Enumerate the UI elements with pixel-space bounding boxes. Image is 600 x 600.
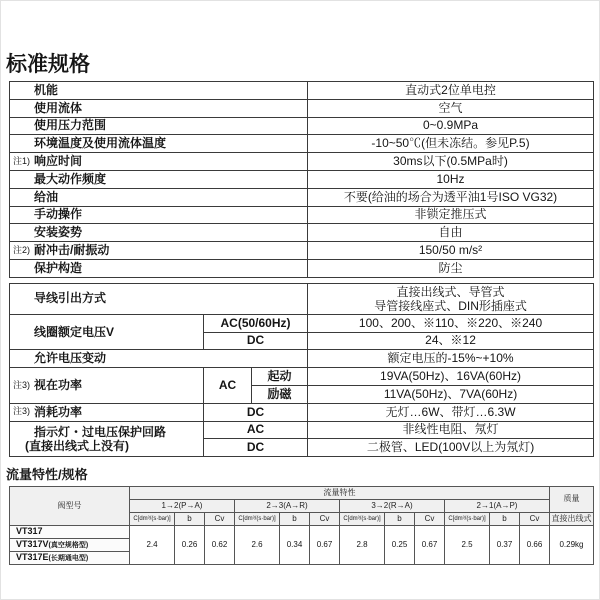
row-label-text: 消耗功率 (34, 405, 82, 419)
metric-header: C[dm³/(s·bar)] (130, 513, 175, 526)
metric-header: C[dm³/(s·bar)] (340, 513, 385, 526)
metric-header: Cv (310, 513, 340, 526)
row-label-text: 允许电压变动 (34, 351, 106, 365)
direction-header: 2→3(A→R) (235, 500, 340, 513)
direction-header: 1→2(P→A) (130, 500, 235, 513)
row-value: 100、200、※110、※220、※240 (308, 314, 594, 332)
row-value: 30ms以下(0.5MPa时) (308, 153, 594, 171)
model-suffix: (长期通电型) (49, 555, 89, 562)
flow-value: 2.4 (130, 526, 175, 565)
table-row: 机能 直动式2位单电控 (10, 82, 594, 100)
metric-header: b (280, 513, 310, 526)
row-value: 10Hz (308, 171, 594, 189)
row-subkey: 起动 (252, 368, 308, 386)
row-label: 手动操作 (10, 206, 308, 224)
row-label-text: 安装姿势 (34, 225, 82, 239)
table-row: 线圈额定电压V AC(50/60Hz) 100、200、※110、※220、※2… (10, 314, 594, 332)
row-value: 150/50 m/s² (308, 242, 594, 260)
row-label-text: 使用压力范围 (34, 118, 106, 132)
electrical-spec-table: 导线引出方式 直接出线式、导管式 导管接线座式、DIN形插座式 线圈额定电压V … (9, 283, 594, 457)
row-value: 直接出线式、导管式 导管接线座式、DIN形插座式 (308, 283, 594, 314)
table-row: 注2)耐冲击/耐振动 150/50 m/s² (10, 242, 594, 260)
flow-value: 0.34 (280, 526, 310, 565)
flow-characteristics-table: 阀型号 流量特性 质量 1→2(P→A) 2→3(A→R) 3→2(R→A) 2… (9, 486, 594, 565)
note-mark: 注3) (13, 407, 34, 417)
table-row: 使用流体 空气 (10, 99, 594, 117)
model-cell: VT317E(长期通电型) (10, 552, 130, 565)
note-mark: 注3) (13, 381, 34, 391)
row-value: -10~50℃(但未冻结。参见P.5) (308, 135, 594, 153)
row-label-text: 最大动作频度 (34, 172, 106, 186)
table-row: 注3)视在功率 AC 起动 19VA(50Hz)、16VA(60Hz) (10, 368, 594, 386)
row-label: 注3)消耗功率 (10, 403, 204, 421)
row-value: 无灯…6W、带灯…6.3W (308, 403, 594, 421)
table-row: 环境温度及使用流体温度 -10~50℃(但未冻结。参见P.5) (10, 135, 594, 153)
row-label: 使用压力范围 (10, 117, 308, 135)
metric-header: b (385, 513, 415, 526)
table-row: 手动操作 非锁定推压式 (10, 206, 594, 224)
table-row: 给油 不要(给油的场合为透平油1号ISO VG32) (10, 188, 594, 206)
page-title: 标准规格 (6, 54, 599, 76)
row-label: 安装姿势 (10, 224, 308, 242)
row-label: 给油 (10, 188, 308, 206)
row-label-text: 指示灯・过电压保护回路 (34, 425, 166, 439)
row-label-text: 机能 (34, 83, 58, 97)
row-value: 19VA(50Hz)、16VA(60Hz) (308, 368, 594, 386)
flow-value: 0.66 (520, 526, 550, 565)
row-key: DC (204, 332, 308, 350)
row-value: 自由 (308, 224, 594, 242)
row-key: AC(50/60Hz) (204, 314, 308, 332)
row-label-text2: (直接出线式上没有) (13, 439, 203, 453)
note-mark: 注1) (13, 157, 34, 167)
row-label: 注1)响应时间 (10, 153, 308, 171)
mass-column-header: 质量 (550, 487, 594, 513)
row-value: 直动式2位单电控 (308, 82, 594, 100)
model-suffix: (真空规格型) (49, 542, 89, 549)
row-label: 最大动作频度 (10, 171, 308, 189)
row-value: 二极管、LED(100V以上为氖灯) (308, 439, 594, 457)
model-name: VT317E (16, 552, 49, 562)
row-value: 空气 (308, 99, 594, 117)
flow-value: 0.67 (415, 526, 445, 565)
row-label: 环境温度及使用流体温度 (10, 135, 308, 153)
flow-value: 0.25 (385, 526, 415, 565)
row-label: 保护构造 (10, 260, 308, 278)
table-row: 安装姿势 自由 (10, 224, 594, 242)
table-row: 允许电压变动 额定电压的-15%~+10% (10, 350, 594, 368)
flow-section-heading: 流量特性/规格 (6, 464, 599, 483)
direction-header: 3→2(R→A) (340, 500, 445, 513)
row-label-text: 视在功率 (34, 378, 82, 392)
row-label: 使用流体 (10, 99, 308, 117)
direction-header: 2→1(A→P) (445, 500, 550, 513)
row-label-text: 环境温度及使用流体温度 (34, 136, 166, 150)
row-label-text: 手动操作 (34, 207, 82, 221)
metric-header: Cv (205, 513, 235, 526)
table-row: 保护构造 防尘 (10, 260, 594, 278)
row-value: 不要(给油的场合为透平油1号ISO VG32) (308, 188, 594, 206)
model-cell: VT317 (10, 526, 130, 539)
metric-header: Cv (415, 513, 445, 526)
table-row: 阀型号 流量特性 质量 (10, 487, 594, 500)
row-key: AC (204, 421, 308, 439)
table-row: 注1)响应时间 30ms以下(0.5MPa时) (10, 153, 594, 171)
table-row: 使用压力范围 0~0.9MPa (10, 117, 594, 135)
flow-value: 0.67 (310, 526, 340, 565)
row-key: AC (204, 368, 252, 404)
row-value: 非线性电阻、氖灯 (308, 421, 594, 439)
standard-spec-table: 机能 直动式2位单电控 使用流体 空气 使用压力范围 0~0.9MPa 环境温度… (9, 81, 594, 278)
mass-sub-header: 直接出线式 (550, 513, 594, 526)
row-label: 指示灯・过电压保护回路 (直接出线式上没有) (10, 421, 204, 457)
row-label: 机能 (10, 82, 308, 100)
row-subkey: 励磁 (252, 386, 308, 404)
row-label: 导线引出方式 (10, 283, 308, 314)
row-label-text: 导线引出方式 (34, 291, 106, 305)
wire-value-line2: 导管接线座式、DIN形插座式 (308, 299, 593, 313)
table-row: 注3)消耗功率 DC 无灯…6W、带灯…6.3W (10, 403, 594, 421)
metric-header: C[dm³/(s·bar)] (445, 513, 490, 526)
row-key: DC (204, 403, 308, 421)
row-label: 注3)视在功率 (10, 368, 204, 404)
flow-value: 2.5 (445, 526, 490, 565)
model-name: VT317V (16, 539, 49, 549)
row-label-text: 线圈额定电压V (34, 325, 114, 339)
flow-value: 2.8 (340, 526, 385, 565)
row-label: 线圈额定电压V (10, 314, 204, 350)
metric-header: Cv (520, 513, 550, 526)
row-label: 允许电压变动 (10, 350, 308, 368)
row-value: 0~0.9MPa (308, 117, 594, 135)
table-row: VT317 2.4 0.26 0.62 2.6 0.34 0.67 2.8 0.… (10, 526, 594, 539)
model-name: VT317 (16, 526, 43, 536)
flow-value: 0.37 (490, 526, 520, 565)
row-label-text: 使用流体 (34, 101, 82, 115)
metric-header: b (490, 513, 520, 526)
row-value: 非锁定推压式 (308, 206, 594, 224)
wire-value-line1: 直接出线式、导管式 (308, 285, 593, 299)
model-cell: VT317V(真空规格型) (10, 539, 130, 552)
flow-value: 0.62 (205, 526, 235, 565)
row-key: DC (204, 439, 308, 457)
row-label-text: 给油 (34, 190, 58, 204)
row-value: 11VA(50Hz)、7VA(60Hz) (308, 386, 594, 404)
flow-value: 2.6 (235, 526, 280, 565)
metric-header: b (175, 513, 205, 526)
metric-header: C[dm³/(s·bar)] (235, 513, 280, 526)
table-row: 指示灯・过电压保护回路 (直接出线式上没有) AC 非线性电阻、氖灯 (10, 421, 594, 439)
note-mark: 注2) (13, 246, 34, 256)
flow-group-header: 流量特性 (130, 487, 550, 500)
mass-value: 0.29kg (550, 526, 594, 565)
row-value: 防尘 (308, 260, 594, 278)
table-row: 最大动作频度 10Hz (10, 171, 594, 189)
row-label: 注2)耐冲击/耐振动 (10, 242, 308, 260)
row-value: 24、※12 (308, 332, 594, 350)
row-label-text: 保护构造 (34, 261, 82, 275)
flow-value: 0.26 (175, 526, 205, 565)
table-row: 导线引出方式 直接出线式、导管式 导管接线座式、DIN形插座式 (10, 283, 594, 314)
row-label-text: 耐冲击/耐振动 (34, 243, 109, 257)
row-label-text: 响应时间 (34, 154, 82, 168)
model-column-header: 阀型号 (10, 487, 130, 526)
row-value: 额定电压的-15%~+10% (308, 350, 594, 368)
